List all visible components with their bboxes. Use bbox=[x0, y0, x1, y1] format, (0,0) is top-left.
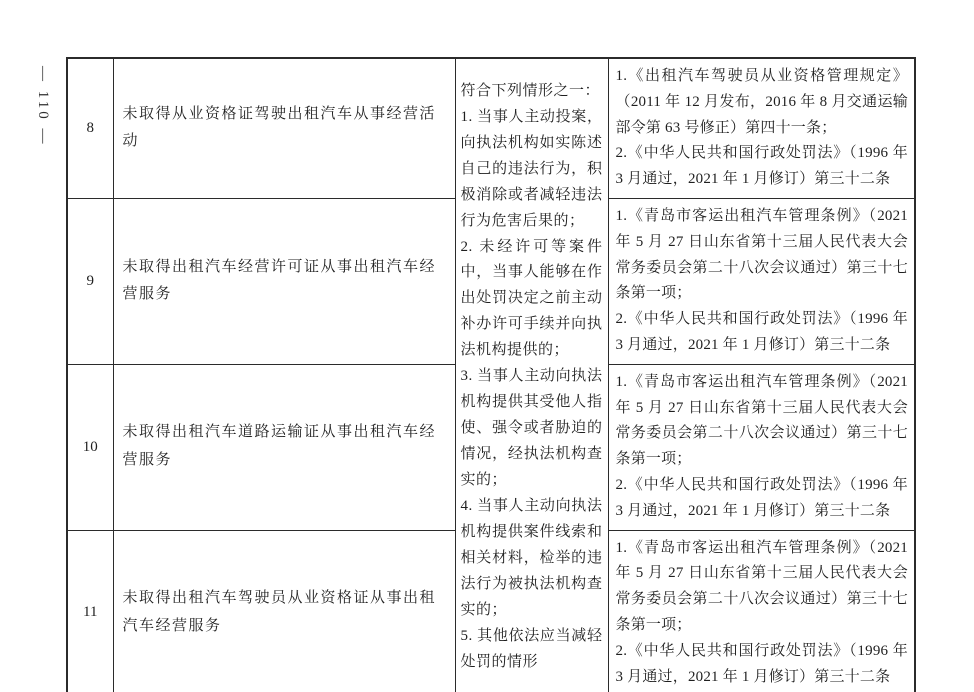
page-number: — 110 — bbox=[34, 66, 51, 146]
table-row: 8 未取得从业资格证驾驶出租汽车从事经营活动 符合下列情形之一： 1. 当事人主… bbox=[67, 58, 915, 198]
violation-cell: 未取得从业资格证驾驶出租汽车从事经营活动 bbox=[113, 58, 455, 198]
violation-cell: 未取得出租汽车经营许可证从事出租汽车经营服务 bbox=[113, 198, 455, 364]
penalty-discretion-table: 8 未取得从业资格证驾驶出租汽车从事经营活动 符合下列情形之一： 1. 当事人主… bbox=[66, 57, 916, 692]
row-number-cell: 8 bbox=[67, 58, 113, 198]
legal-basis-cell: 1.《青岛市客运出租汽车管理条例》（2021 年 5 月 27 日山东省第十三届… bbox=[608, 530, 915, 692]
row-number-cell: 10 bbox=[67, 364, 113, 530]
row-number-cell: 9 bbox=[67, 198, 113, 364]
legal-basis-cell: 1.《出租汽车驾驶员从业资格管理规定》（2011 年 12 月发布，2016 年… bbox=[608, 58, 915, 198]
document-page: — 110 — 8 未取得从业资格证驾驶出租汽车从事经营活动 符合下列情形之一：… bbox=[0, 0, 974, 692]
legal-basis-cell: 1.《青岛市客运出租汽车管理条例》（2021 年 5 月 27 日山东省第十三届… bbox=[608, 198, 915, 364]
mitigation-conditions-cell: 符合下列情形之一： 1. 当事人主动投案，向执法机构如实陈述自己的违法行为，积极… bbox=[455, 58, 608, 692]
row-number-cell: 11 bbox=[67, 530, 113, 692]
violation-cell: 未取得出租汽车驾驶员从业资格证从事出租汽车经营服务 bbox=[113, 530, 455, 692]
violation-cell: 未取得出租汽车道路运输证从事出租汽车经营服务 bbox=[113, 364, 455, 530]
legal-basis-cell: 1.《青岛市客运出租汽车管理条例》（2021 年 5 月 27 日山东省第十三届… bbox=[608, 364, 915, 530]
